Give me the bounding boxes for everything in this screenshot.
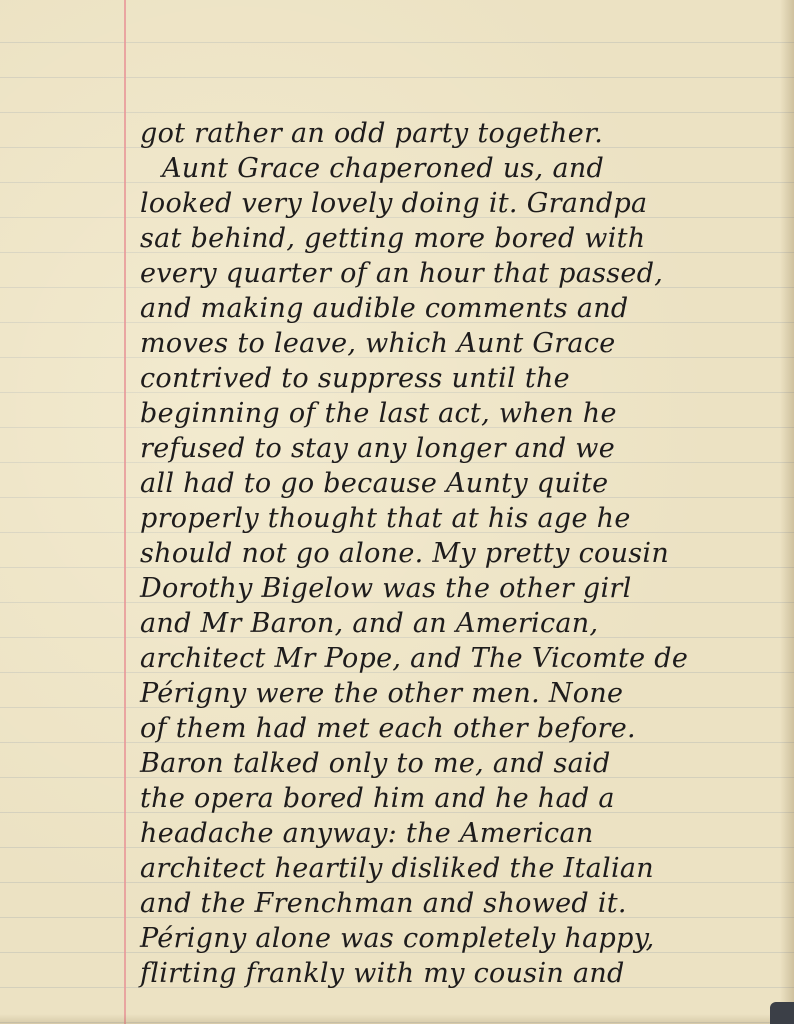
text-line: and Mr Baron, and an American, bbox=[140, 606, 780, 641]
text-line: Aunt Grace chaperoned us, and bbox=[140, 151, 780, 186]
text-line: looked very lovely doing it. Grandpa bbox=[140, 186, 780, 221]
text-line: moves to leave, which Aunt Grace bbox=[140, 326, 780, 361]
text-line: architect heartily disliked the Italian bbox=[140, 851, 780, 886]
text-line: contrived to suppress until the bbox=[140, 361, 780, 396]
text-line: flirting frankly with my cousin and bbox=[140, 956, 780, 991]
text-line: beginning of the last act, when he bbox=[140, 396, 780, 431]
text-line: architect Mr Pope, and The Vicomte de bbox=[140, 641, 780, 676]
text-line: Dorothy Bigelow was the other girl bbox=[140, 571, 780, 606]
text-line: Baron talked only to me, and said bbox=[140, 746, 780, 781]
text-line: every quarter of an hour that passed, bbox=[140, 256, 780, 291]
text-line: the opera bored him and he had a bbox=[140, 781, 780, 816]
text-line: Périgny were the other men. None bbox=[140, 676, 780, 711]
text-line: got rather an odd party together. bbox=[140, 116, 780, 151]
red-margin-line bbox=[124, 0, 126, 1024]
text-line: headache anyway: the American bbox=[140, 816, 780, 851]
page-bottom-edge bbox=[0, 1014, 794, 1024]
text-line: Périgny alone was completely happy, bbox=[140, 921, 780, 956]
page-edge-shadow bbox=[780, 0, 794, 1024]
text-line: should not go alone. My pretty cousin bbox=[140, 536, 780, 571]
text-line: sat behind, getting more bored with bbox=[140, 221, 780, 256]
text-line: of them had met each other before. bbox=[140, 711, 780, 746]
text-line: properly thought that at his age he bbox=[140, 501, 780, 536]
text-line: refused to stay any longer and we bbox=[140, 431, 780, 466]
text-line: and the Frenchman and showed it. bbox=[140, 886, 780, 921]
handwritten-text: got rather an odd party together. Aunt G… bbox=[140, 116, 780, 991]
notebook-page: got rather an odd party together. Aunt G… bbox=[0, 0, 794, 1024]
text-line: and making audible comments and bbox=[140, 291, 780, 326]
text-line: all had to go because Aunty quite bbox=[140, 466, 780, 501]
page-corner-shadow bbox=[770, 1002, 794, 1024]
